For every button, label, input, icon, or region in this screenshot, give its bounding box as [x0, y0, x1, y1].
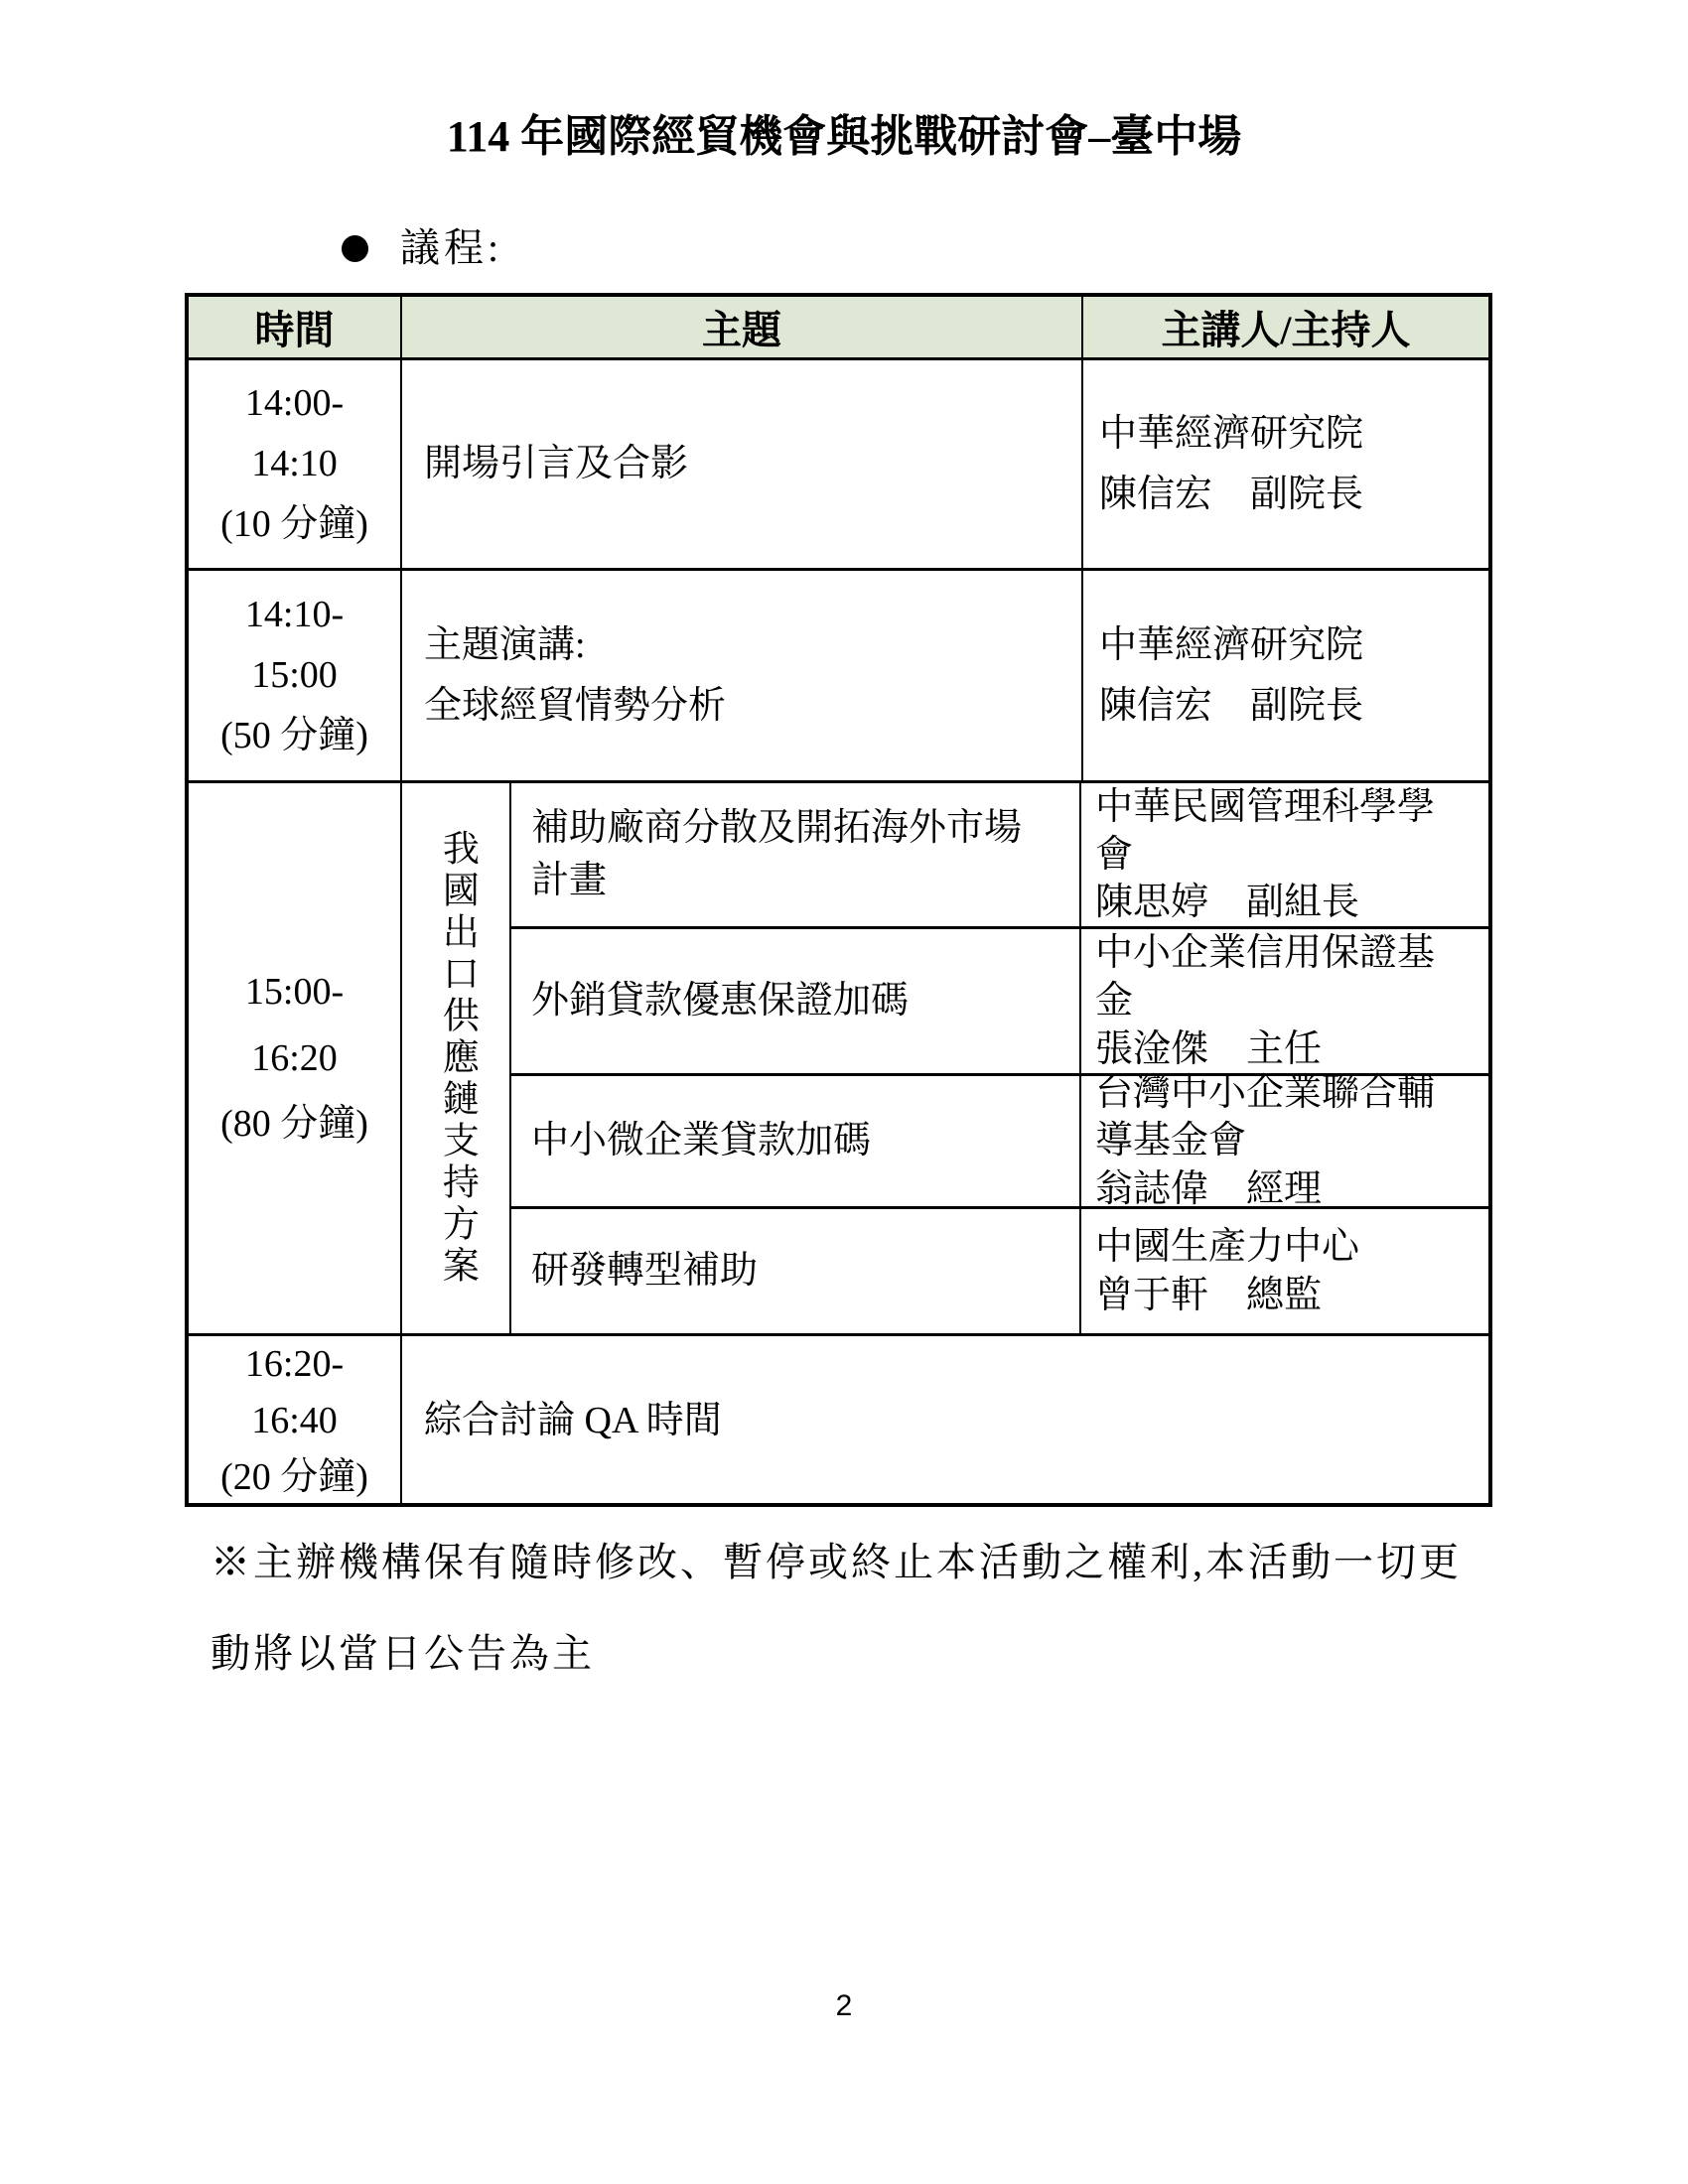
speaker-cell: 中小企業信用保證基金 張淦傑 主任	[1081, 929, 1488, 1073]
topic-cell: 主題演講: 全球經貿情勢分析	[402, 571, 1083, 780]
header-cell-topic: 主題	[402, 297, 1083, 357]
topic-cell: 中小微企業貸款加碼	[511, 1076, 1081, 1206]
subrow-group: 補助廠商分散及開拓海外市場計畫 中華民國管理科學學會 陳思婷 副組長 外銷貸款優…	[511, 783, 1488, 1333]
group-label-cell: 我國出口供應鏈支持方案	[402, 783, 511, 1333]
table-subrow: 補助廠商分散及開拓海外市場計畫 中華民國管理科學學會 陳思婷 副組長	[511, 783, 1488, 929]
table-row-opening: 14:00- 14:10 (10 分鐘) 開場引言及合影 中華經濟研究院 陳信宏…	[189, 360, 1488, 571]
header-cell-time: 時間	[189, 297, 402, 357]
agenda-label: 議程:	[400, 224, 502, 272]
table-row-keynote: 14:10- 15:00 (50 分鐘) 主題演講: 全球經貿情勢分析 中華經濟…	[189, 571, 1488, 783]
speaker-cell: 台灣中小企業聯合輔導基金會 翁誌偉 經理	[1081, 1076, 1488, 1206]
time-cell: 14:10- 15:00 (50 分鐘)	[189, 571, 402, 780]
table-subrow: 外銷貸款優惠保證加碼 中小企業信用保證基金 張淦傑 主任	[511, 929, 1488, 1076]
speaker-cell: 中國生產力中心 曾于軒 總監	[1081, 1209, 1488, 1333]
time-cell: 16:20- 16:40 (20 分鐘)	[189, 1336, 402, 1506]
bullet-icon	[342, 235, 368, 262]
agenda-heading: 議程:	[342, 224, 502, 272]
table-subrow: 中小微企業貸款加碼 台灣中小企業聯合輔導基金會 翁誌偉 經理	[511, 1076, 1488, 1209]
document-page: 114 年國際經貿機會與挑戰研討會–臺中場 議程: 時間 主題 主講人/主持人 …	[0, 0, 1688, 2184]
topic-cell: 外銷貸款優惠保證加碼	[511, 929, 1081, 1073]
table-header-row: 時間 主題 主講人/主持人	[189, 297, 1488, 360]
agenda-table: 時間 主題 主講人/主持人 14:00- 14:10 (10 分鐘) 開場引言及…	[185, 293, 1492, 1507]
time-cell: 15:00- 16:20 (80 分鐘)	[189, 783, 402, 1333]
topic-cell: 研發轉型補助	[511, 1209, 1081, 1333]
topic-cell: 開場引言及合影	[402, 360, 1083, 568]
time-cell: 14:00- 14:10 (10 分鐘)	[189, 360, 402, 568]
table-subrow: 研發轉型補助 中國生產力中心 曾于軒 總監	[511, 1209, 1488, 1333]
disclaimer-note: ※主辦機構保有隨時修改、暫停或終止本活動之權利,本活動一切更 動將以當日公告為主	[211, 1517, 1531, 1700]
speaker-cell: 中華經濟研究院 陳信宏 副院長	[1083, 571, 1488, 780]
vertical-group-label: 我國出口供應鏈支持方案	[436, 829, 477, 1288]
table-row-support-programs: 15:00- 16:20 (80 分鐘) 我國出口供應鏈支持方案 補助廠商分散及…	[189, 783, 1488, 1336]
speaker-cell: 中華民國管理科學學會 陳思婷 副組長	[1081, 783, 1488, 926]
page-title: 114 年國際經貿機會與挑戰研討會–臺中場	[0, 111, 1688, 164]
table-row-qa: 16:20- 16:40 (20 分鐘) 綜合討論 QA 時間	[189, 1336, 1488, 1506]
topic-cell-merged: 綜合討論 QA 時間	[402, 1336, 1488, 1506]
header-cell-speaker: 主講人/主持人	[1083, 297, 1488, 357]
topic-cell: 補助廠商分散及開拓海外市場計畫	[511, 783, 1081, 926]
speaker-cell: 中華經濟研究院 陳信宏 副院長	[1083, 360, 1488, 568]
page-number: 2	[0, 1989, 1688, 2023]
